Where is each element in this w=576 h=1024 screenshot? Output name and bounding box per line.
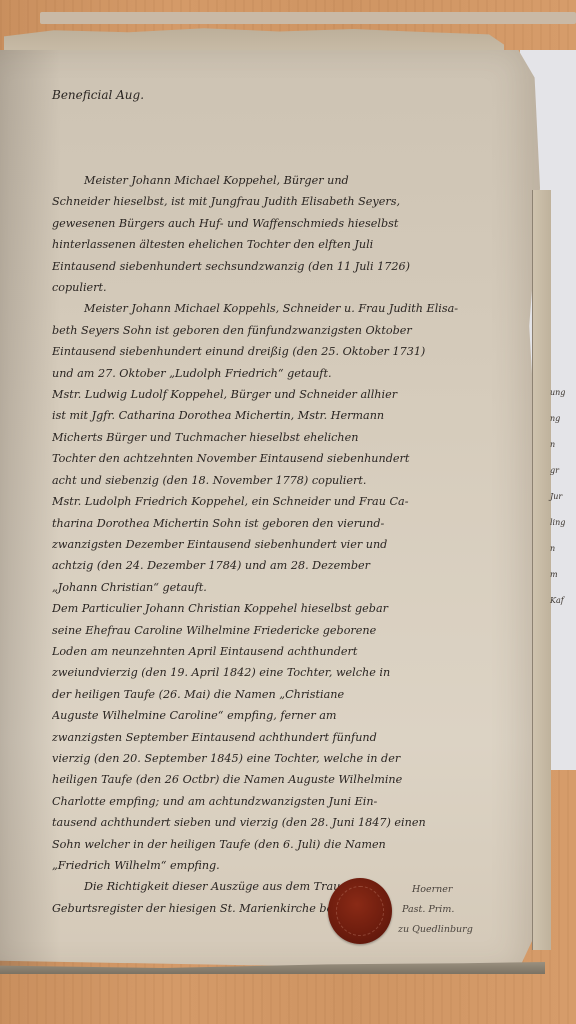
document-heading: Beneficial Aug. <box>52 88 144 102</box>
paragraph-marriage-1778: Mstr. Ludwig Ludolf Koppehel, Bürger und… <box>52 384 522 491</box>
text-line: Charlotte empfing; und am achtundzwanzig… <box>52 791 522 812</box>
pastor-signature: Hoerner Past. Prim. zu Quedlinburg <box>398 880 488 940</box>
text-line: „Friedrich Wilhelm“ empfing. <box>52 855 522 876</box>
text-line: „Johann Christian“ getauft. <box>52 577 522 598</box>
text-line: Eintausend siebenhundert sechsundzwanzig… <box>52 256 522 277</box>
paragraph-birth-1784: Mstr. Ludolph Friedrich Koppehel, ein Sc… <box>52 491 522 598</box>
text-line: Auguste Wilhelmine Caroline“ empfing, fe… <box>52 705 522 726</box>
text-line: Sohn welcher in der heiligen Taufe (den … <box>52 834 522 855</box>
margin-note: ung <box>550 380 576 406</box>
page-shadow <box>0 50 60 970</box>
text-line: der heiligen Taufe (26. Mai) die Namen „… <box>52 684 522 705</box>
text-line: Loden am neunzehnten April Eintausend ac… <box>52 641 522 662</box>
text-line: Eintausend siebenhundert einund dreißig … <box>52 341 522 362</box>
text-line: und am 27. Oktober „Ludolph Friedrich“ g… <box>52 363 522 384</box>
margin-notes: ung ng n gr Jur ling n m Kaf <box>550 380 576 614</box>
margin-note: ling <box>550 510 576 536</box>
paragraph-births-1842-1847: Dem Particulier Johann Christian Koppehe… <box>52 598 522 876</box>
signature-title: Past. Prim. <box>398 900 488 920</box>
text-line: tharina Dorothea Michertin Sohn ist gebo… <box>52 513 522 534</box>
text-line: Meister Johann Michael Koppehel, Bürger … <box>52 170 522 191</box>
text-line: Tochter den achtzehnten November Eintaus… <box>52 448 522 469</box>
text-line: Dem Particulier Johann Christian Koppehe… <box>52 598 522 619</box>
text-line: hinterlassenen ältesten ehelichen Tochte… <box>52 234 522 255</box>
folder-edge <box>40 12 576 24</box>
paragraph-marriage-1726: Meister Johann Michael Koppehel, Bürger … <box>52 170 522 298</box>
signature-name: Hoerner <box>398 880 488 900</box>
text-line: heiligen Taufe (den 26 Octbr) die Namen … <box>52 769 522 790</box>
margin-note: m <box>550 562 576 588</box>
text-line: beth Seyers Sohn ist geboren den fünfund… <box>52 320 522 341</box>
text-line: Micherts Bürger und Tuchmacher hieselbst… <box>52 427 522 448</box>
signature-place: zu Quedlinburg <box>398 920 488 940</box>
page-binding-edge <box>532 190 551 950</box>
text-line: acht und siebenzig (den 18. November 177… <box>52 470 522 491</box>
text-line: zwanzigsten September Eintausend achthun… <box>52 727 522 748</box>
text-line: seine Ehefrau Caroline Wilhelmine Friede… <box>52 620 522 641</box>
margin-note: n <box>550 536 576 562</box>
text-line: achtzig (den 24. Dezember 1784) und am 2… <box>52 555 522 576</box>
margin-note: gr <box>550 458 576 484</box>
margin-note: ng <box>550 406 576 432</box>
margin-note: Jur <box>550 484 576 510</box>
text-line: Meister Johann Michael Koppehls, Schneid… <box>52 298 522 319</box>
text-line: Mstr. Ludolph Friedrich Koppehel, ein Sc… <box>52 491 522 512</box>
text-line: zweiundvierzig (den 19. April 1842) eine… <box>52 662 522 683</box>
text-line: gewesenen Bürgers auch Huf- und Waffensc… <box>52 213 522 234</box>
text-line: zwanzigsten Dezember Eintausend siebenhu… <box>52 534 522 555</box>
text-line: vierzig (den 20. September 1845) eine To… <box>52 748 522 769</box>
text-line: copuliert. <box>52 277 522 298</box>
document-body: Meister Johann Michael Koppehel, Bürger … <box>52 170 522 919</box>
paragraph-birth-1731: Meister Johann Michael Koppehls, Schneid… <box>52 298 522 384</box>
text-line: Mstr. Ludwig Ludolf Koppehel, Bürger und… <box>52 384 522 405</box>
text-line: Schneider hieselbst, ist mit Jungfrau Ju… <box>52 191 522 212</box>
text-line: tausend achthundert sieben und vierzig (… <box>52 812 522 833</box>
wax-seal <box>328 878 392 944</box>
margin-note: n <box>550 432 576 458</box>
margin-note: Kaf <box>550 588 576 614</box>
text-line: ist mit Jgfr. Catharina Dorothea Michert… <box>52 405 522 426</box>
